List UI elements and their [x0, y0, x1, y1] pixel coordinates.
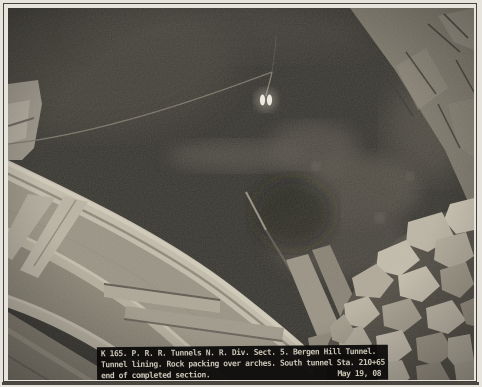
bottom-rule [2, 382, 479, 385]
photo-artwork [8, 8, 474, 380]
caption-date: May 19, 08 [337, 368, 381, 379]
vignette [8, 8, 474, 380]
tunnel-photograph: K 165. P. R. R. Tunnels N. R. Div. Sect.… [8, 8, 474, 380]
scanned-page: K 165. P. R. R. Tunnels N. R. Div. Sect.… [0, 0, 482, 387]
caption-line3: end of completed section. [101, 369, 210, 380]
caption-plate: K 165. P. R. R. Tunnels N. R. Div. Sect.… [97, 345, 388, 380]
